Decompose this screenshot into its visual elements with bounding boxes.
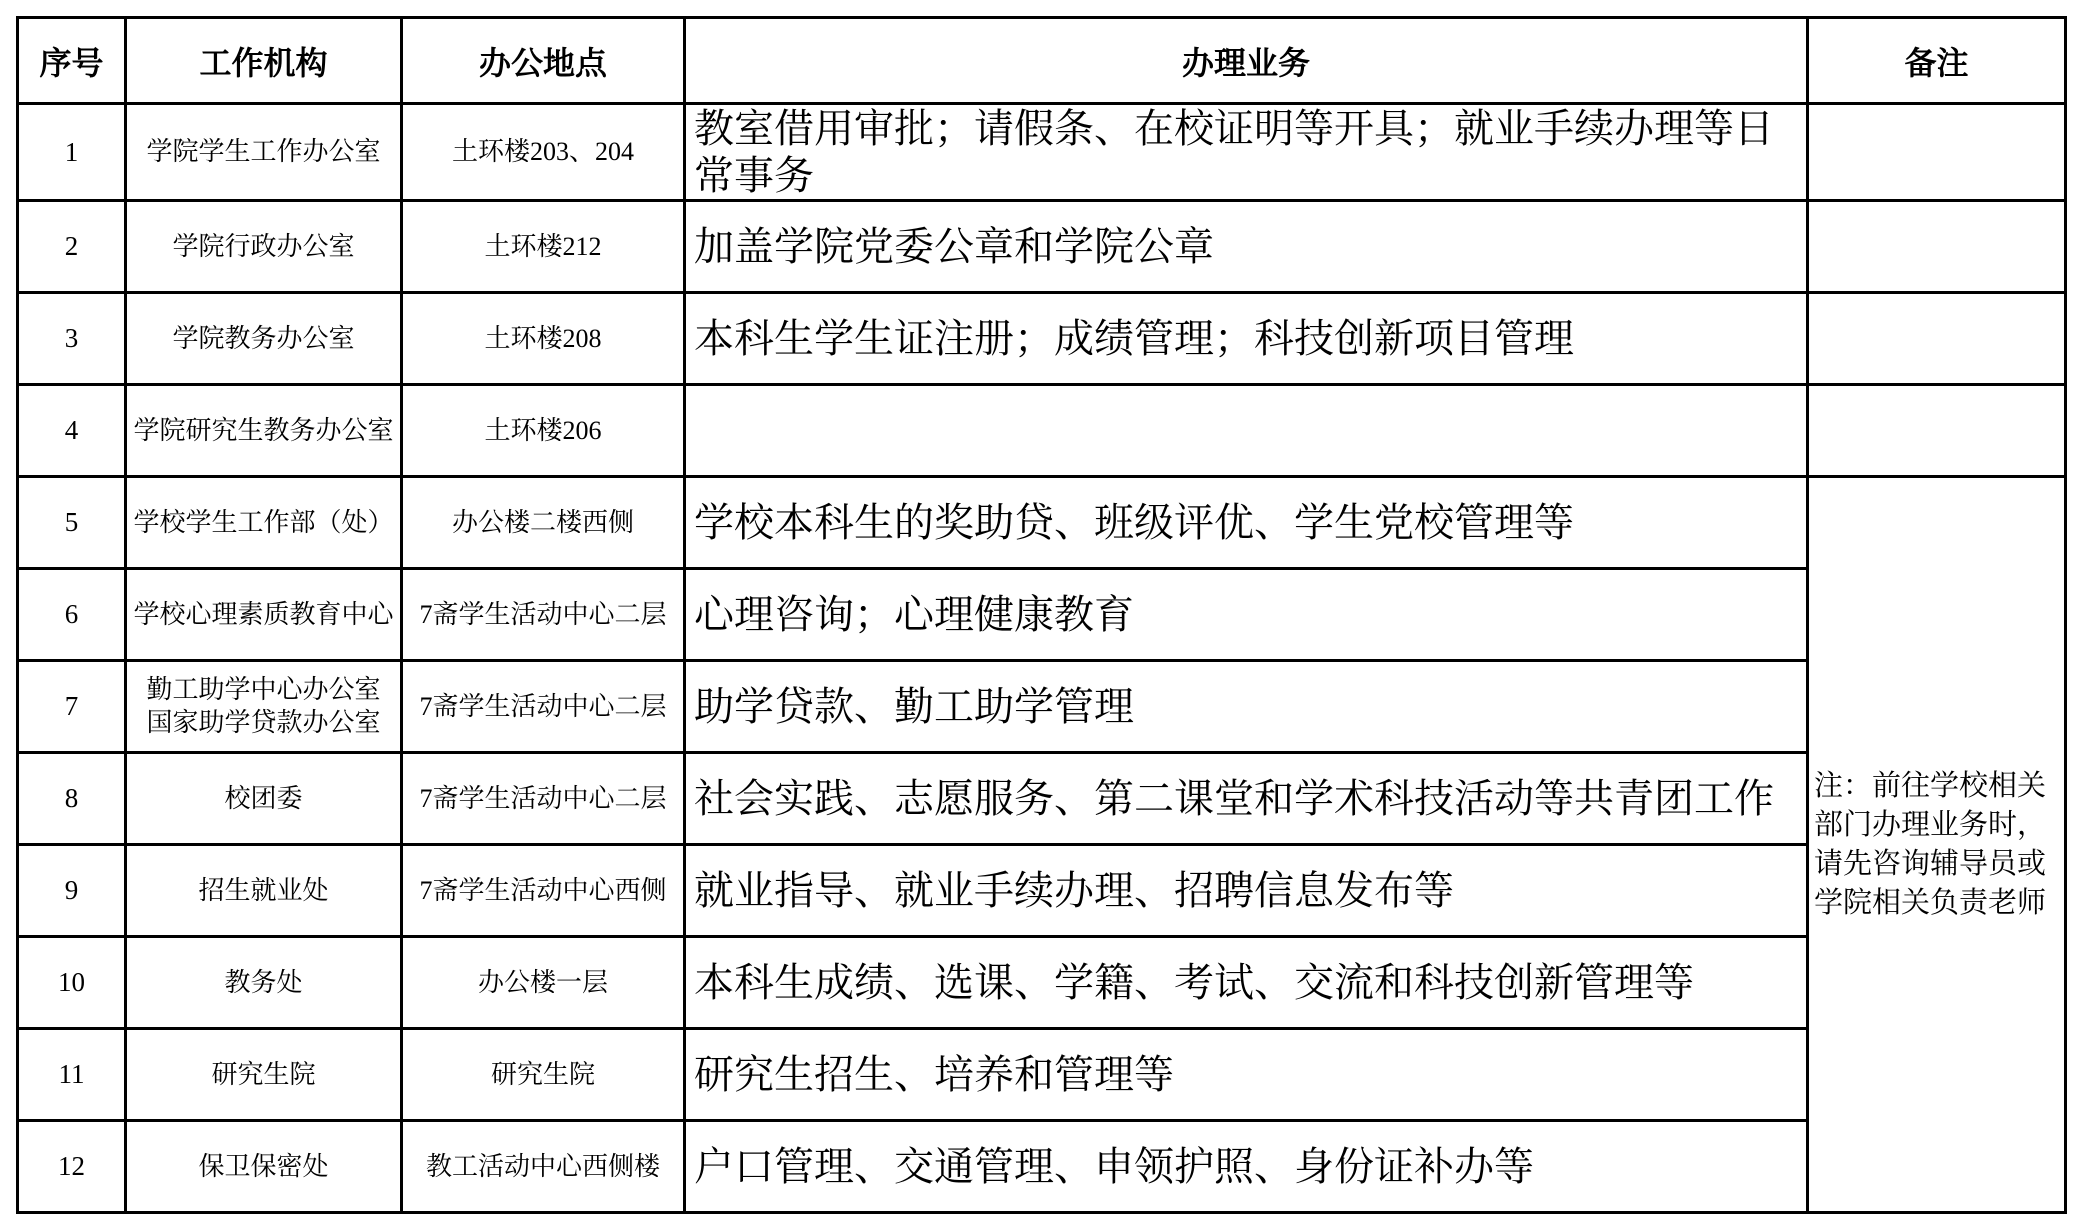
seq-cell: 8 <box>18 753 126 845</box>
location-cell: 办公楼一层 <box>402 937 685 1029</box>
business-cell: 助学贷款、勤工助学管理 <box>685 661 1808 753</box>
col-header-business: 办理业务 <box>685 18 1808 104</box>
business-cell: 户口管理、交通管理、申领护照、身份证补办等 <box>685 1121 1808 1213</box>
business-cell: 就业指导、就业手续办理、招聘信息发布等 <box>685 845 1808 937</box>
seq-cell: 5 <box>18 477 126 569</box>
seq-cell: 4 <box>18 385 126 477</box>
org-cell: 教务处 <box>126 937 402 1029</box>
remark-cell-empty <box>1808 104 2066 201</box>
seq-cell: 11 <box>18 1029 126 1121</box>
seq-cell: 10 <box>18 937 126 1029</box>
org-cell: 学院行政办公室 <box>126 201 402 293</box>
org-cell: 学院研究生教务办公室 <box>126 385 402 477</box>
table-row: 1 学院学生工作办公室 土环楼203、204 教室借用审批；请假条、在校证明等开… <box>18 104 2066 201</box>
col-header-remark: 备注 <box>1808 18 2066 104</box>
location-cell: 土环楼212 <box>402 201 685 293</box>
remark-cell-empty <box>1808 385 2066 477</box>
office-directory-table: 序号 工作机构 办公地点 办理业务 备注 1 学院学生工作办公室 土环楼203、… <box>16 16 2067 1214</box>
table-row: 4 学院研究生教务办公室 土环楼206 <box>18 385 2066 477</box>
seq-cell: 12 <box>18 1121 126 1213</box>
seq-cell: 2 <box>18 201 126 293</box>
document-page: 序号 工作机构 办公地点 办理业务 备注 1 学院学生工作办公室 土环楼203、… <box>16 16 2064 1212</box>
remark-cell-empty <box>1808 293 2066 385</box>
location-cell: 7斋学生活动中心西侧 <box>402 845 685 937</box>
business-cell: 本科生学生证注册；成绩管理；科技创新项目管理 <box>685 293 1808 385</box>
org-cell: 保卫保密处 <box>126 1121 402 1213</box>
org-cell: 学院教务办公室 <box>126 293 402 385</box>
location-cell: 办公楼二楼西侧 <box>402 477 685 569</box>
seq-cell: 7 <box>18 661 126 753</box>
seq-cell: 6 <box>18 569 126 661</box>
table-row: 2 学院行政办公室 土环楼212 加盖学院党委公章和学院公章 <box>18 201 2066 293</box>
location-cell: 7斋学生活动中心二层 <box>402 753 685 845</box>
col-header-location: 办公地点 <box>402 18 685 104</box>
business-cell: 加盖学院党委公章和学院公章 <box>685 201 1808 293</box>
org-cell: 学校学生工作部（处） <box>126 477 402 569</box>
table-row: 12 保卫保密处 教工活动中心西侧楼 户口管理、交通管理、申领护照、身份证补办等 <box>18 1121 2066 1213</box>
location-cell: 教工活动中心西侧楼 <box>402 1121 685 1213</box>
location-cell: 7斋学生活动中心二层 <box>402 661 685 753</box>
org-cell: 招生就业处 <box>126 845 402 937</box>
remark-cell-empty <box>1808 201 2066 293</box>
table-row: 11 研究生院 研究生院 研究生招生、培养和管理等 <box>18 1029 2066 1121</box>
business-cell: 心理咨询；心理健康教育 <box>685 569 1808 661</box>
org-cell: 校团委 <box>126 753 402 845</box>
location-cell: 土环楼206 <box>402 385 685 477</box>
table-row: 3 学院教务办公室 土环楼208 本科生学生证注册；成绩管理；科技创新项目管理 <box>18 293 2066 385</box>
business-cell: 学校本科生的奖助贷、班级评优、学生党校管理等 <box>685 477 1808 569</box>
seq-cell: 9 <box>18 845 126 937</box>
remark-note: 注：前往学校相关部门办理业务时，请先咨询辅导员或学院相关负责老师 <box>1814 770 2046 919</box>
table-row: 8 校团委 7斋学生活动中心二层 社会实践、志愿服务、第二课堂和学术科技活动等共… <box>18 753 2066 845</box>
business-cell: 社会实践、志愿服务、第二课堂和学术科技活动等共青团工作 <box>685 753 1808 845</box>
org-cell: 学校心理素质教育中心 <box>126 569 402 661</box>
location-cell: 7斋学生活动中心二层 <box>402 569 685 661</box>
business-cell: 研究生招生、培养和管理等 <box>685 1029 1808 1121</box>
org-cell: 研究生院 <box>126 1029 402 1121</box>
org-cell: 学院学生工作办公室 <box>126 104 402 201</box>
table-header-row: 序号 工作机构 办公地点 办理业务 备注 <box>18 18 2066 104</box>
location-cell: 土环楼203、204 <box>402 104 685 201</box>
location-cell: 土环楼208 <box>402 293 685 385</box>
seq-cell: 1 <box>18 104 126 201</box>
table-row: 10 教务处 办公楼一层 本科生成绩、选课、学籍、考试、交流和科技创新管理等 <box>18 937 2066 1029</box>
table-row: 7 勤工助学中心办公室 国家助学贷款办公室 7斋学生活动中心二层 助学贷款、勤工… <box>18 661 2066 753</box>
location-cell: 研究生院 <box>402 1029 685 1121</box>
remark-merged-cell: 注：前往学校相关部门办理业务时，请先咨询辅导员或学院相关负责老师 <box>1808 477 2066 1213</box>
table-row: 5 学校学生工作部（处） 办公楼二楼西侧 学校本科生的奖助贷、班级评优、学生党校… <box>18 477 2066 569</box>
business-cell: 本科生成绩、选课、学籍、考试、交流和科技创新管理等 <box>685 937 1808 1029</box>
seq-cell: 3 <box>18 293 126 385</box>
business-cell: 教室借用审批；请假条、在校证明等开具；就业手续办理等日常事务 <box>685 104 1808 201</box>
col-header-org: 工作机构 <box>126 18 402 104</box>
business-cell-empty <box>685 385 1808 477</box>
org-cell: 勤工助学中心办公室 国家助学贷款办公室 <box>126 661 402 753</box>
table-row: 9 招生就业处 7斋学生活动中心西侧 就业指导、就业手续办理、招聘信息发布等 <box>18 845 2066 937</box>
col-header-no: 序号 <box>18 18 126 104</box>
table-row: 6 学校心理素质教育中心 7斋学生活动中心二层 心理咨询；心理健康教育 <box>18 569 2066 661</box>
